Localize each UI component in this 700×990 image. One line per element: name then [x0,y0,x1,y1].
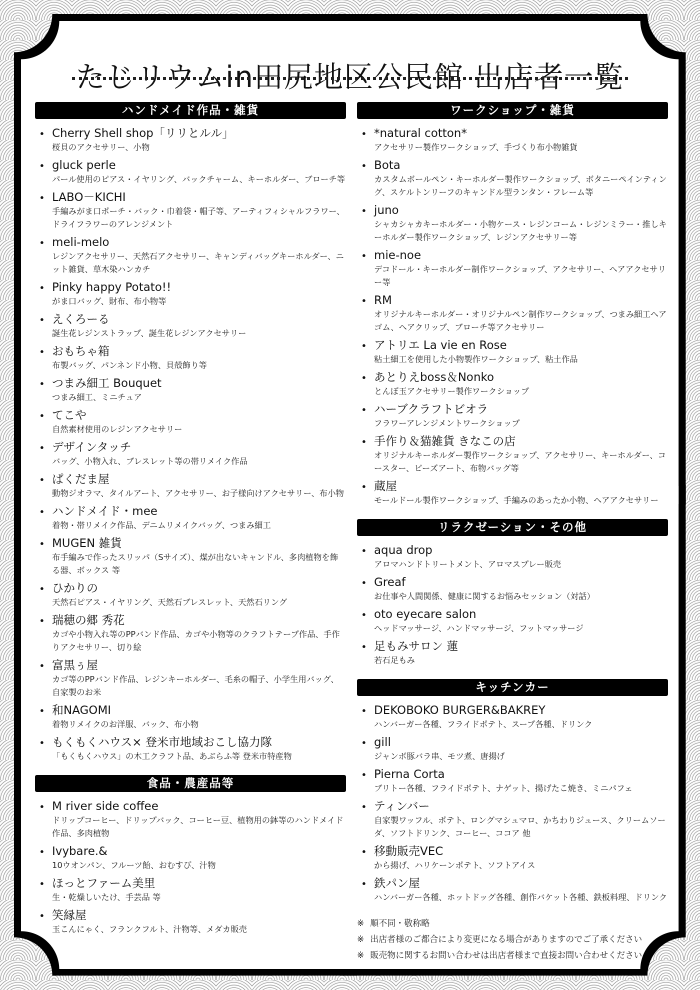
footnote-text: 順不同・敬称略 [370,919,430,929]
vendor-description: 「もくもくハウス」の木工クラフト品、あぶらふ等 登米市特産物 [52,750,346,763]
vendor-list-item: •移動販売VECから揚げ、ハリケーンポテト、ソフトアイス [357,843,668,872]
footnotes: ※順不同・敬称略※出店者様のご都合により変更になる場合がありますのでご了承くださ… [357,916,668,964]
vendor-section: キッチンカー•DEKOBOKO BURGER&BAKREYハンバーガー各種、フラ… [357,679,668,904]
vendor-section: リラクゼーション・その他•aqua dropアロマハンドトリートメント、アロマス… [357,519,668,667]
vendor-name: MUGEN 雑貨 [52,535,346,551]
vendor-description: 10ウオンパン、フルーツ飴、おむすび、汁物 [52,859,346,872]
vendor-description: 誕生花レジンストラップ、誕生花レジンアクセサリー [52,327,346,340]
bullet-icon: • [39,880,45,890]
bullet-icon: • [361,162,367,172]
vendor-section: 食品・農産品等•M river side coffeeドリップコーヒー、ドリップ… [35,775,346,936]
bullet-icon: • [361,880,367,890]
bullet-icon: • [39,284,45,294]
vendor-name: oto eyecare salon [374,606,668,622]
vendor-name: M river side coffee [52,798,346,814]
page-title: たじリウムin田尻地区公民館 出店者一覧 [0,55,700,96]
bullet-icon: • [39,444,45,454]
vendor-list: •*natural cotton*アクセサリー製作ワークショップ、手づくり布小物… [357,125,668,507]
bullet-icon: • [361,297,367,307]
vendor-list-item: •DEKOBOKO BURGER&BAKREYハンバーガー各種、フライドポテト、… [357,702,668,731]
vendor-name: Greaf [374,574,668,590]
vendor-description: バッグ、小物入れ、ブレスレット等の帯リメイク作品 [52,455,346,468]
vendor-list-item: •ティンバー自家製ワッフル、ポテト、ロングマシュマロ、かちわりジュース、クリーム… [357,798,668,840]
footnote-text: 出店者様のご都合により変更になる場合がありますのでご了承ください [370,935,642,945]
vendor-list-item: •足もみサロン 蓮若石足もみ [357,638,668,667]
bullet-icon: • [39,380,45,390]
vendor-name: meli-melo [52,234,346,250]
vendor-name: Cherry Shell shop「リリとルル」 [52,125,346,141]
vendor-description: 天然石ピアス・イヤリング、天然石ブレスレット、天然石リング [52,596,346,609]
vendor-description: つまみ細工、ミニチュア [52,391,346,404]
vendor-name: 足もみサロン 蓮 [374,638,668,654]
vendor-description: 粘土細工を使用した小物製作ワークショップ、粘土作品 [374,353,668,366]
vendor-description: アロマハンドトリートメント、アロマスプレー販売 [374,558,668,571]
bullet-icon: • [361,406,367,416]
vendor-description: 自然素材使用のレジンアクセサリー [52,423,346,436]
vendor-name: Bota [374,157,668,173]
bullet-icon: • [361,739,367,749]
vendor-name: もくもくハウス× 登米市地域おこし協力隊 [52,734,346,750]
footnote-text: 販売物に関するお問い合わせは出店者様まで直接お問い合わせください [370,951,642,961]
vendor-list-item: •Greafお仕事や人間関係、健康に関するお悩みセッション（対話） [357,574,668,603]
vendor-description: デコドール・キーホルダー制作ワークショップ、アクセサリー、ヘアアクセサリー等 [374,263,668,289]
right-column: ワークショップ・雑貨•*natural cotton*アクセサリー製作ワークショ… [357,102,668,964]
bullet-icon: • [361,438,367,448]
vendor-list: •M river side coffeeドリップコーヒー、ドリップバック、コーヒ… [35,798,346,936]
vendor-list-item: •あとりえboss＆Nonkoとんぼ玉アクセサリー製作ワークショップ [357,369,668,398]
vendor-name: ハンドメイド・mee [52,503,346,519]
bullet-icon: • [361,342,367,352]
bullet-icon: • [39,412,45,422]
vendor-list-item: •鉄パン屋ハンバーガー各種、ホットドッグ各種、創作バケット各種、鉄板料理、ドリン… [357,875,668,904]
bullet-icon: • [361,707,367,717]
vendor-list-item: •ぱくだま屋動物ジオラマ、タイルアート、アクセサリー、お子様向けアクセサリー、布… [35,471,346,500]
vendor-name: mie-noe [374,247,668,263]
vendor-description: 手編みがま口ポーチ・バック・巾着袋・帽子等、アーティフィシャルフラワー、ドライフ… [52,205,346,231]
bullet-icon: • [361,547,367,557]
vendor-description: カスタムボールペン・キーホルダー製作ワークショップ、ボタニーペインティング、スケ… [374,173,668,199]
vendor-name: 富黒ぅ屋 [52,657,346,673]
vendor-list-item: •*natural cotton*アクセサリー製作ワークショップ、手づくり布小物… [357,125,668,154]
vendor-name: *natural cotton* [374,125,668,141]
section-heading: ハンドメイド作品・雑貨 [35,102,346,119]
vendor-description: 玉こんにゃく、フランクフルト、汁物等、メダカ販売 [52,923,346,936]
vendor-list-item: •RMオリジナルキーホルダー・オリジナルペン制作ワークショップ、つまみ細工ヘアゴ… [357,292,668,334]
vendor-list-item: •もくもくハウス× 登米市地域おこし協力隊「もくもくハウス」の木工クラフト品、あ… [35,734,346,763]
vendor-list-item: •つまみ細工 Bouquetつまみ細工、ミニチュア [35,375,346,404]
vendor-list-item: •meli-meloレジンアクセサリー、天然石アクセサリー、キャンディバッグキー… [35,234,346,276]
vendor-description: 桜貝のアクセサリー、小物 [52,141,346,154]
vendor-name: おもちゃ箱 [52,343,346,359]
vendor-list-item: •アトリエ La vie en Rose粘土細工を使用した小物製作ワークショップ… [357,337,668,366]
vendor-name: 笑縁屋 [52,907,346,923]
flyer-content: たじリウムin田尻地区公民館 出店者一覧 ハンドメイド作品・雑貨•Cherry … [0,0,700,990]
vendor-description: がま口バッグ、財布、布小物等 [52,295,346,308]
vendor-list-item: •富黒ぅ屋カゴ等のPPバンド作品、レジンキーホルダー、毛糸の帽子、小学生用バッグ… [35,657,346,699]
vendor-list-item: •Ivybare.&10ウオンパン、フルーツ飴、おむすび、汁物 [35,843,346,872]
bullet-icon: • [361,207,367,217]
section-heading: キッチンカー [357,679,668,696]
bullet-icon: • [39,739,45,749]
bullet-icon: • [361,252,367,262]
vendor-description: オリジナルキーホルダー製作ワークショップ、アクセサリー、キーホルダー、コースター… [374,449,668,475]
vendor-name: RM [374,292,668,308]
bullet-icon: • [39,316,45,326]
vendor-list-item: •デザインタッチバッグ、小物入れ、ブレスレット等の帯リメイク作品 [35,439,346,468]
vendor-name: Pinky happy Potato!! [52,279,346,295]
vendor-name: 手作り＆猫雑貨 きなこの店 [374,433,668,449]
vendor-description: 布手編みで作ったスリッパ（Sサイズ）、煤が出ないキャンドル、多肉植物を飾る器、ボ… [52,551,346,577]
bullet-icon: • [39,348,45,358]
reference-mark-icon: ※ [357,919,364,929]
vendor-list-item: •M river side coffeeドリップコーヒー、ドリップバック、コーヒ… [35,798,346,840]
vendor-list-item: •Cherry Shell shop「リリとルル」桜貝のアクセサリー、小物 [35,125,346,154]
vendor-description: フラワーアレンジメントワークショップ [374,417,668,430]
vendor-name: DEKOBOKO BURGER&BAKREY [374,702,668,718]
vendor-name: デザインタッチ [52,439,346,455]
vendor-name: gluck perle [52,157,346,173]
bullet-icon: • [361,803,367,813]
vendor-description: アクセサリー製作ワークショップ、手づくり布小物雑貨 [374,141,668,154]
bullet-icon: • [361,611,367,621]
vendor-name: ぱくだま屋 [52,471,346,487]
vendor-list-item: •えくろーる誕生花レジンストラップ、誕生花レジンアクセサリー [35,311,346,340]
vendor-description: から揚げ、ハリケーンポテト、ソフトアイス [374,859,668,872]
vendor-list: •DEKOBOKO BURGER&BAKREYハンバーガー各種、フライドポテト、… [357,702,668,904]
bullet-icon: • [39,662,45,672]
vendor-name: gill [374,734,668,750]
vendor-name: えくろーる [52,311,346,327]
vendor-list-item: •ほっとファーム美里生・乾燥しいたけ、手芸品 等 [35,875,346,904]
vendor-list-item: •おもちゃ箱布製バッグ、パンネンド小物、貝殻飾り等 [35,343,346,372]
vendor-description: 若石足もみ [374,654,668,667]
vendor-description: シャカシャカキーホルダー・小物ケース・レジンコーム・レジンミラー・推しキーホルダ… [374,218,668,244]
vendor-name: つまみ細工 Bouquet [52,375,346,391]
vendor-list-item: •mie-noeデコドール・キーホルダー制作ワークショップ、アクセサリー、ヘアア… [357,247,668,289]
vendor-list-item: •ハーブクラフトビオラフラワーアレンジメントワークショップ [357,401,668,430]
vendor-description: ジャンボ豚バラ串、モツ煮、唐揚げ [374,750,668,763]
vendor-description: 着物・帯リメイク作品、デニムリメイクバッグ、つまみ細工 [52,519,346,532]
vendor-list-item: •瑞穂の郷 秀花カゴや小物入れ等のPPバンド作品、カゴや小物等のクラフトテープ作… [35,612,346,654]
bullet-icon: • [39,803,45,813]
vendor-description: カゴ等のPPバンド作品、レジンキーホルダー、毛糸の帽子、小学生用バッグ、自家製の… [52,673,346,699]
bullet-icon: • [39,540,45,550]
vendor-description: 自家製ワッフル、ポテト、ロングマシュマロ、かちわりジュース、クリームソーダ、ソフ… [374,814,668,840]
vendor-list-item: •Pierna Cortaブリトー各種、フライドポテト、ナゲット、揚げたこ焼き、… [357,766,668,795]
vendor-description: ヘッドマッサージ、ハンドマッサージ、フットマッサージ [374,622,668,635]
bullet-icon: • [39,162,45,172]
vendor-name: Pierna Corta [374,766,668,782]
vendor-name: ひかりの [52,580,346,596]
vendor-name: ハーブクラフトビオラ [374,401,668,417]
bullet-icon: • [39,617,45,627]
vendor-description: お仕事や人間関係、健康に関するお悩みセッション（対話） [374,590,668,603]
vendor-description: 動物ジオラマ、タイルアート、アクセサリー、お子様向けアクセサリー、布小物 [52,487,346,500]
bullet-icon: • [361,848,367,858]
vendor-list-item: •Pinky happy Potato!!がま口バッグ、財布、布小物等 [35,279,346,308]
vendor-description: とんぼ玉アクセサリー製作ワークショップ [374,385,668,398]
vendor-list-item: •Botaカスタムボールペン・キーホルダー製作ワークショップ、ボタニーペインティ… [357,157,668,199]
bullet-icon: • [361,579,367,589]
reference-mark-icon: ※ [357,935,364,945]
vendor-description: オリジナルキーホルダー・オリジナルペン制作ワークショップ、つまみ細工ヘアゴム、ヘ… [374,308,668,334]
bullet-icon: • [361,130,367,140]
bullet-icon: • [361,643,367,653]
vendor-list-item: •笑縁屋玉こんにゃく、フランクフルト、汁物等、メダカ販売 [35,907,346,936]
vendor-list-item: •gluck perleパール使用のピアス・イヤリング、バックチャーム、キーホル… [35,157,346,186]
vendor-name: 移動販売VEC [374,843,668,859]
section-heading: ワークショップ・雑貨 [357,102,668,119]
vendor-name: 瑞穂の郷 秀花 [52,612,346,628]
footnote: ※出店者様のご都合により変更になる場合がありますのでご了承ください [357,932,668,948]
footnote: ※販売物に関するお問い合わせは出店者様まで直接お問い合わせください [357,948,668,964]
vendor-name: ほっとファーム美里 [52,875,346,891]
vendor-list-item: •MUGEN 雑貨布手編みで作ったスリッパ（Sサイズ）、煤が出ないキャンドル、多… [35,535,346,577]
vendor-list-item: •gillジャンボ豚バラ串、モツ煮、唐揚げ [357,734,668,763]
vendor-description: モールドール製作ワークショップ、手編みのあったか小物、ヘアアクセサリー [374,494,668,507]
vendor-list-item: •蔵屋モールドール製作ワークショップ、手編みのあったか小物、ヘアアクセサリー [357,478,668,507]
bullet-icon: • [361,483,367,493]
bullet-icon: • [39,848,45,858]
vendor-name: 蔵屋 [374,478,668,494]
bullet-icon: • [39,585,45,595]
vendor-description: 着物リメイクのお洋服、バック、布小物 [52,718,346,731]
bullet-icon: • [39,194,45,204]
vendor-description: ハンバーガー各種、フライドポテト、スープ各種、ドリンク [374,718,668,731]
bullet-icon: • [39,508,45,518]
vendor-name: Ivybare.& [52,843,346,859]
vendor-name: 和NAGOMI [52,702,346,718]
vendor-description: ハンバーガー各種、ホットドッグ各種、創作バケット各種、鉄板料理、ドリンク [374,891,668,904]
vendor-list-item: •ひかりの天然石ピアス・イヤリング、天然石ブレスレット、天然石リング [35,580,346,609]
vendor-name: アトリエ La vie en Rose [374,337,668,353]
vendor-list: •aqua dropアロマハンドトリートメント、アロマスプレー販売•Greafお… [357,542,668,667]
vendor-name: juno [374,202,668,218]
vendor-name: てこや [52,407,346,423]
vendor-description: 生・乾燥しいたけ、手芸品 等 [52,891,346,904]
vendor-list-item: •junoシャカシャカキーホルダー・小物ケース・レジンコーム・レジンミラー・推し… [357,202,668,244]
left-column: ハンドメイド作品・雑貨•Cherry Shell shop「リリとルル」桜貝のア… [35,102,346,948]
vendor-list-item: •LABO－KICHI手編みがま口ポーチ・バック・巾着袋・帽子等、アーティフィシ… [35,189,346,231]
bullet-icon: • [39,130,45,140]
section-heading: リラクゼーション・その他 [357,519,668,536]
vendor-list-item: •ハンドメイド・mee着物・帯リメイク作品、デニムリメイクバッグ、つまみ細工 [35,503,346,532]
vendor-list-item: •手作り＆猫雑貨 きなこの店オリジナルキーホルダー製作ワークショップ、アクセサリ… [357,433,668,475]
title-dotted-divider [72,77,628,80]
vendor-name: LABO－KICHI [52,189,346,205]
bullet-icon: • [39,239,45,249]
vendor-list-item: •てこや自然素材使用のレジンアクセサリー [35,407,346,436]
bullet-icon: • [361,771,367,781]
bullet-icon: • [361,374,367,384]
bullet-icon: • [39,476,45,486]
section-heading: 食品・農産品等 [35,775,346,792]
vendor-description: カゴや小物入れ等のPPバンド作品、カゴや小物等のクラフトテープ作品、手作りアクセ… [52,628,346,654]
vendor-name: あとりえboss＆Nonko [374,369,668,385]
vendor-description: ドリップコーヒー、ドリップバック、コーヒー豆、植物用の鉢等のハンドメイド作品、多… [52,814,346,840]
vendor-description: パール使用のピアス・イヤリング、バックチャーム、キーホルダー、ブローチ等 [52,173,346,186]
footnote: ※順不同・敬称略 [357,916,668,932]
vendor-name: ティンバー [374,798,668,814]
vendor-list-item: •和NAGOMI着物リメイクのお洋服、バック、布小物 [35,702,346,731]
vendor-name: 鉄パン屋 [374,875,668,891]
reference-mark-icon: ※ [357,951,364,961]
vendor-name: aqua drop [374,542,668,558]
vendor-section: ワークショップ・雑貨•*natural cotton*アクセサリー製作ワークショ… [357,102,668,507]
vendor-description: ブリトー各種、フライドポテト、ナゲット、揚げたこ焼き、ミニパフェ [374,782,668,795]
vendor-list: •Cherry Shell shop「リリとルル」桜貝のアクセサリー、小物•gl… [35,125,346,763]
bullet-icon: • [39,707,45,717]
vendor-description: レジンアクセサリー、天然石アクセサリー、キャンディバッグキーホルダー、ニット雑貨… [52,250,346,276]
vendor-description: 布製バッグ、パンネンド小物、貝殻飾り等 [52,359,346,372]
vendor-list-item: •oto eyecare salonヘッドマッサージ、ハンドマッサージ、フットマ… [357,606,668,635]
vendor-list-item: •aqua dropアロマハンドトリートメント、アロマスプレー販売 [357,542,668,571]
bullet-icon: • [39,912,45,922]
vendor-section: ハンドメイド作品・雑貨•Cherry Shell shop「リリとルル」桜貝のア… [35,102,346,763]
